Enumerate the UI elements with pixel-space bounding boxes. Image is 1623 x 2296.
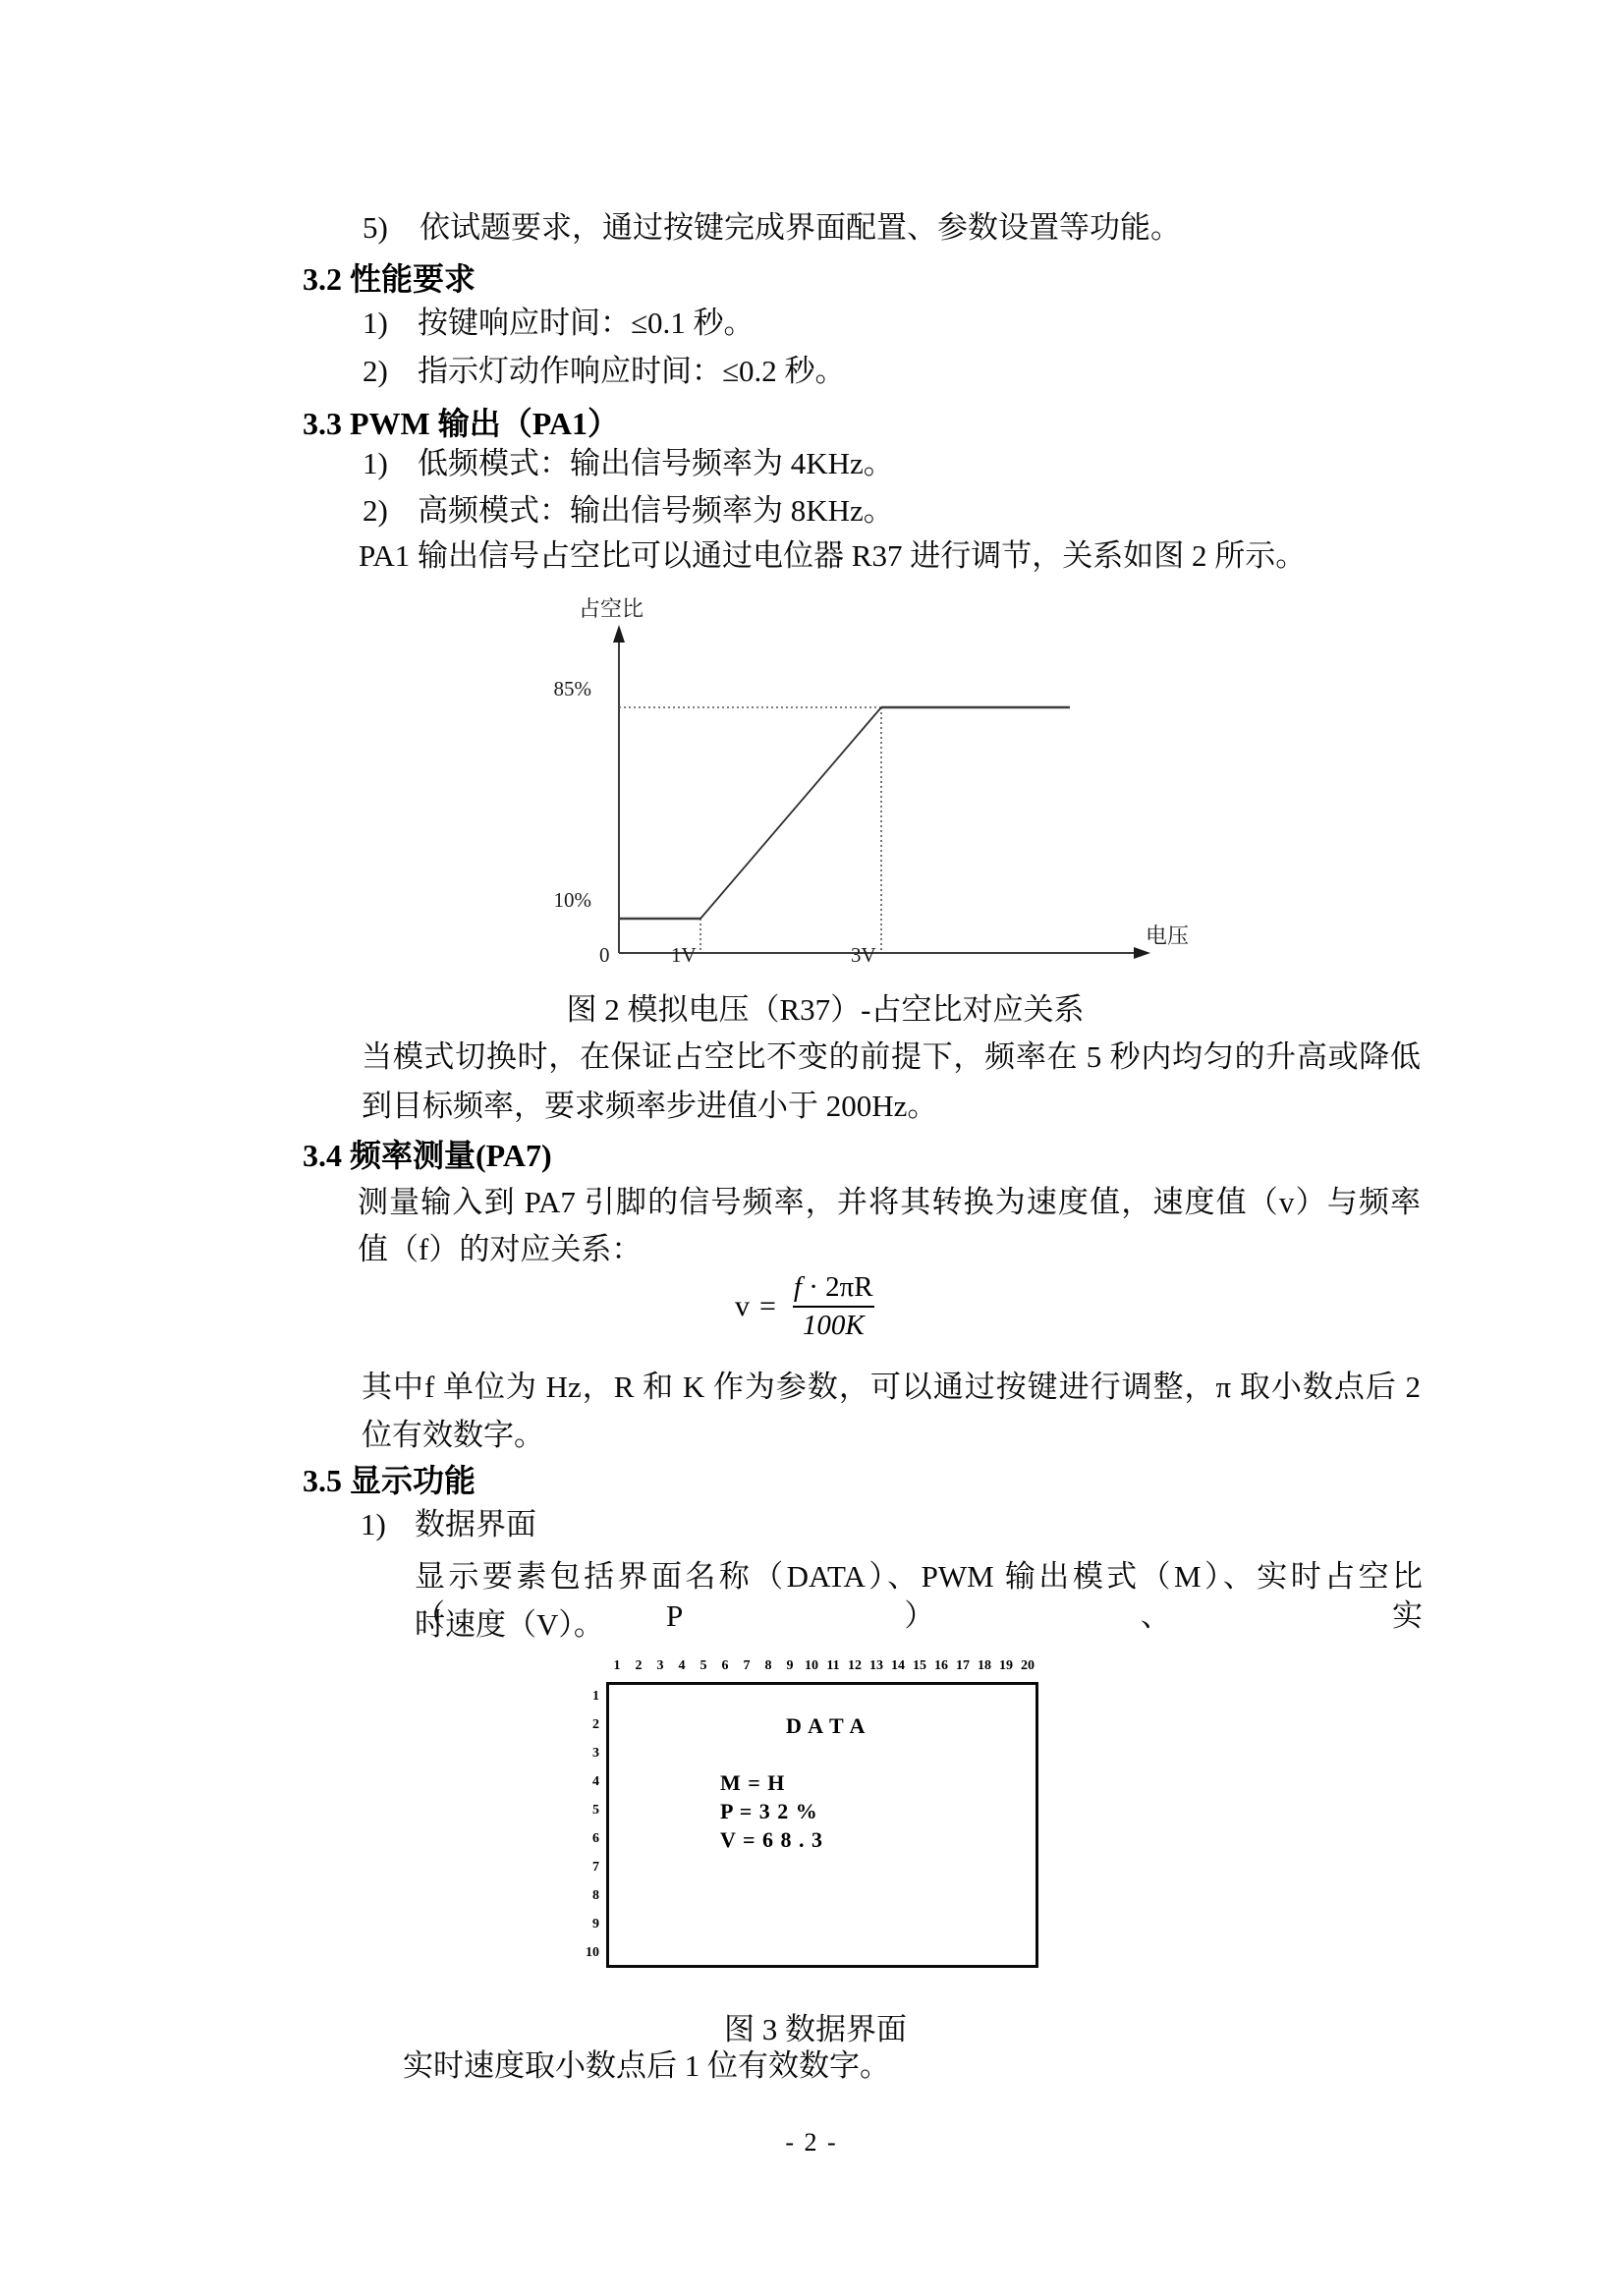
list-item-number: 1) [363,444,388,483]
column-number: 8 [757,1658,779,1678]
formula-fraction: f · 2πR 100K [788,1271,879,1342]
x-tick-0: 0 [599,943,610,968]
paragraph-line: 实时速度取小数点后 1 位有效数字。 [403,2046,890,2086]
column-number: 20 [1017,1658,1038,1678]
column-number: 9 [779,1658,801,1678]
x-tick-1v: 1V [671,943,697,968]
paragraph-line: 位有效数字。 [362,1416,544,1455]
figure2-chart-canvas [566,607,1214,1000]
column-number: 17 [952,1658,974,1678]
column-number: 13 [866,1658,887,1678]
paragraph-line: 当模式切换时，在保证占空比不变的前提下，频率在 5 秒内均匀的升高或降低 [362,1037,1421,1077]
row-number: 6 [562,1824,599,1853]
figure3-column-numbers: 1234567891011121314151617181920 [606,1658,1038,1678]
y-tick-10: 10% [531,888,591,913]
paragraph-line: PA1 输出信号占空比可以通过电位器 R37 进行调节，关系如图 2 所示。 [359,536,1306,576]
paragraph-line: 测量输入到 PA7 引脚的信号频率，并将其转换为速度值，速度值（v）与频率 [358,1183,1421,1222]
list-item-text: 低频模式：输出信号频率为 4KHz。 [418,444,894,483]
paragraph-line: 其中f 单位为 Hz，R 和 K 作为参数，可以通过按键进行调整，π 取小数点后… [362,1368,1421,1407]
y-tick-85: 85% [531,677,591,701]
column-number: 3 [649,1658,671,1678]
display-title-line: D A T A [786,1713,866,1739]
column-number: 18 [974,1658,995,1678]
row-number: 10 [562,1939,599,1968]
figure3-row-numbers: 12345678910 [562,1682,599,1968]
formula-lhs: v [735,1290,750,1323]
display-mode-line: M = H [720,1770,785,1796]
column-number: 12 [844,1658,866,1678]
column-number: 16 [930,1658,952,1678]
y-axis-title: 占空比 [579,592,644,623]
display-speed-line: V = 6 8 . 3 [720,1827,823,1853]
row-number: 7 [562,1854,599,1882]
document-page: 5) 依试题要求，通过按键完成界面配置、参数设置等功能。 3.2 性能要求 1)… [0,0,1623,2296]
x-tick-3v: 3V [851,943,876,968]
page-number: - 2 - [0,2128,1623,2157]
column-number: 10 [801,1658,822,1678]
list-item-number: 2) [363,352,388,391]
row-number: 1 [562,1682,599,1710]
speed-formula: v = f · 2πR 100K [735,1271,879,1342]
row-number: 8 [562,1882,599,1911]
figure2-caption: 图 2 模拟电压（R37）-占空比对应关系 [452,984,1199,1029]
list-item-text: 数据界面 [415,1505,536,1544]
formula-numerator: f · 2πR [788,1271,879,1306]
column-number: 6 [714,1658,736,1678]
section-3-3-heading: 3.3 PWM 输出（PA1） [303,399,619,444]
list-item-number: 1) [363,304,388,343]
paragraph-line: 时速度（V）。 [415,1605,604,1645]
row-number: 9 [562,1911,599,1939]
column-number: 14 [887,1658,909,1678]
list-item-text: 高频模式：输出信号频率为 8KHz。 [418,491,894,531]
figure2-chart [550,589,1199,982]
x-axis-title: 电压 [1146,920,1189,950]
column-number: 7 [736,1658,757,1678]
column-number: 4 [671,1658,693,1678]
column-number: 15 [909,1658,930,1678]
paragraph-line: 值（f）的对应关系： [358,1230,642,1269]
figure3-caption: 图 3 数据界面 [550,2004,1081,2048]
list-item-text: 按键响应时间：≤0.1 秒。 [418,304,755,343]
list-item-number: 2) [363,491,388,531]
column-number: 19 [995,1658,1017,1678]
row-number: 4 [562,1767,599,1796]
formula-equals: = [759,1290,776,1323]
y-axis-arrow-icon [613,625,625,643]
column-number: 11 [822,1658,844,1678]
display-duty-line: P = 3 2 % [720,1799,818,1824]
list-item-5-text: 依试题要求，通过按键完成界面配置、参数设置等功能。 [420,208,1181,248]
list-item-number: 1) [361,1505,386,1544]
section-3-2-heading: 3.2 性能要求 [303,254,476,300]
section-3-4-heading: 3.4 频率测量(PA7) [303,1131,552,1176]
list-item-5-number: 5) [363,208,388,248]
column-number: 2 [628,1658,649,1678]
formula-denominator: 100K [793,1306,874,1342]
row-number: 5 [562,1796,599,1824]
column-number: 1 [606,1658,628,1678]
section-3-5-heading: 3.5 显示功能 [303,1456,476,1501]
row-number: 3 [562,1739,599,1767]
paragraph-line: 到目标频率，要求频率步进值小于 200Hz。 [362,1087,937,1126]
list-item-text: 指示灯动作响应时间：≤0.2 秒。 [418,352,846,391]
row-number: 2 [562,1710,599,1739]
series-rising-segment [700,707,881,919]
column-number: 5 [693,1658,714,1678]
